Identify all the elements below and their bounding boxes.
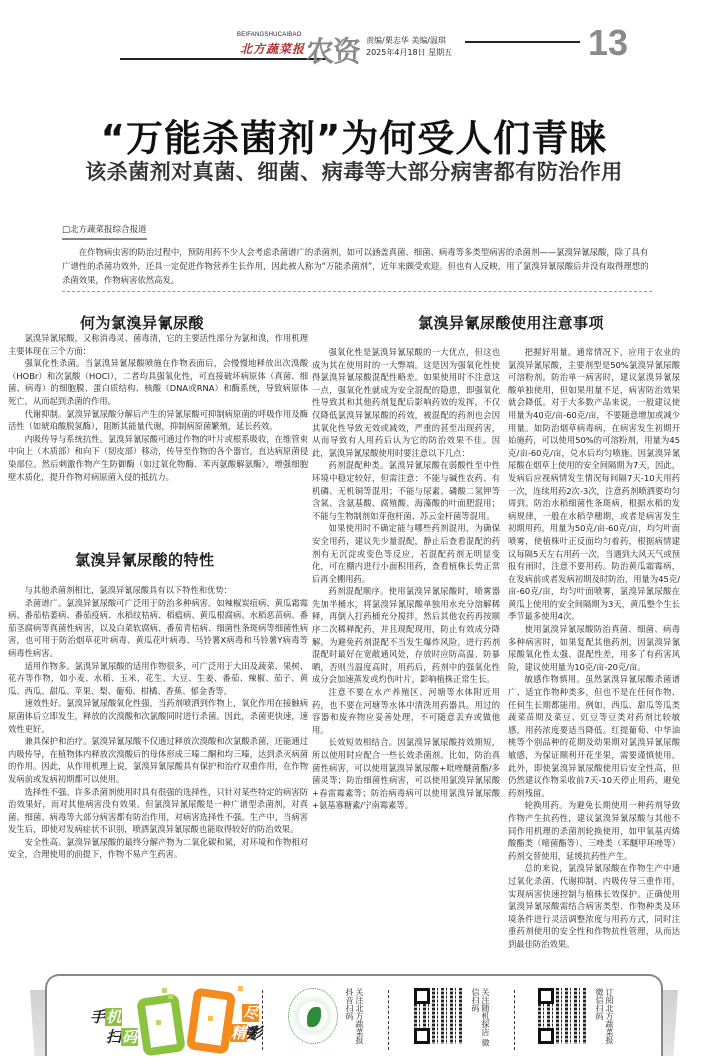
masthead: BEIFANGSHUCAIBAO 北方蔬菜报 农资 责编/栗志华 美编/温琪 2… [0, 0, 708, 70]
phone-green-icon [136, 993, 186, 1056]
section-title: 何为氯溴异氰尿酸 [80, 312, 204, 333]
issue-date: 2025年4月18日 星期五 [366, 47, 452, 58]
dashed-separator [514, 990, 515, 1050]
page-number: 13 [588, 22, 628, 64]
section-body-col2: 把握好用量。通常情况下，应用于农业的氯溴异氰尿酸，主要剂型是50%氯溴异氰尿酸可… [508, 346, 680, 951]
dashed-separator [388, 990, 389, 1050]
section-body: 与其他杀菌剂相比，氯溴异氰尿酸具有以下特性和优势： 杀菌谱广。氯溴异氰尿酸可广泛… [8, 584, 308, 861]
article-subheadline: 该杀菌剂对真菌、细菌、病毒等大部分病害都有防治作用 [0, 156, 708, 186]
section-name: 农资 [306, 30, 360, 70]
pixel-decoration [162, 988, 167, 993]
paragraph: 兼具保护和治疗。氯溴异氰尿酸不仅通过释放次溴酸和次氯酸杀菌，还能通过内吸传导，在… [8, 735, 308, 785]
mini-program-icon[interactable] [288, 988, 338, 1044]
section-title: 氯溴异氰尿酸使用注意事项 [418, 312, 604, 333]
section-title: 氯溴异氰尿酸的特性 [75, 549, 215, 570]
qr-caption: 订阅北方蔬菜报 微信扫码 [594, 988, 614, 1052]
paragraph: 内吸传导与系统抗性。氯溴异氰尿酸可通过作物的叶片或根系吸收，在维管束中向上（木质… [8, 433, 308, 483]
masthead-rule-right [465, 41, 580, 43]
section-body-col1: 强氧化性是氯溴异氰尿酸的一大优点，但这也成为其在使用时的一大弊端。这是因为强氧化… [312, 346, 500, 812]
paragraph: 速效性好。氯溴异氰尿酸氧化性强，当药剂喷洒到作物上，氧化作用在接触病原菌体后立即… [8, 697, 308, 735]
paragraph: 代谢抑制。氯溴异氰尿酸分解后产生的异氰尿酸可抑制病原菌的呼吸作用及酶活性（如琥珀… [8, 408, 308, 433]
paragraph: 适用作物多。氯溴异氰尿酸的适用作物很多，可广泛用于大田及蔬菜、果树、花卉等作物，… [8, 660, 308, 698]
paragraph: 总的来说，氯溴异氰尿酸在作物生产中通过氧化杀菌、代谢抑制、内吸传导三重作用，实现… [508, 862, 680, 950]
pixel-decoration [238, 986, 243, 991]
promo-text: 手机 [90, 1006, 122, 1027]
phone-orange-icon [186, 987, 236, 1054]
paragraph: 如果使用时不确定能与哪些药剂混用，为确保安全用药，建议先少量混配，静止后查看混配… [312, 522, 500, 585]
qr-caption: 关注北方蔬菜报 抖音扫码 [344, 988, 364, 1052]
pixel-decoration [208, 1016, 213, 1021]
paragraph: 杀菌谱广。氯溴异氰尿酸可广泛用于防治多种病害。如辣椒炭疽病、黄瓜霜霉病、番茄枯萎… [8, 597, 308, 660]
paragraph: 药剂混配顺序。使用氯溴异氰尿酸时，喷雾器先加半桶水，将氯溴异氰尿酸单独用水充分溶… [312, 585, 500, 686]
promo-text: 扫码 [106, 1026, 138, 1047]
masthead-rule-left [120, 58, 328, 60]
paragraph: 敏感作物慎用。虽然氯溴异氰尿酸杀菌谱广、适宜作物种类多，但也不是在任何作物、任何… [508, 673, 680, 799]
paragraph: 安全性高。氯溴异氰尿酸的最终分解产物为二氧化碳和氮，对环境和作物相对安全，合理使… [8, 836, 308, 861]
qr-code-icon[interactable] [538, 988, 588, 1044]
paragraph: 把握好用量。通常情况下，应用于农业的氯溴异氰尿酸，主要剂型是50%氯溴异氰尿酸可… [508, 346, 680, 623]
qr-caption: 关注随机探店 微信扫码 [470, 988, 490, 1052]
paragraph: 强氧化性是氯溴异氰尿酸的一大优点，但这也成为其在使用时的一大弊端。这是因为强氧化… [312, 346, 500, 459]
article-lead: 在作物病虫害的防治过程中，预防用药不少人会考虑杀菌谱广的杀菌剂，如可以涵盖真菌、… [62, 245, 652, 287]
footer-qr-banner: 手机 扫码 尽赏 精彩 关注北方蔬菜报 抖音扫码 关注随机探店 微信扫码 订阅北… [30, 968, 678, 1058]
banner-wing-left [30, 990, 45, 1056]
dashed-separator [262, 990, 263, 1050]
paragraph: 氯溴异氰尿酸，又称消毒灵、菌毒清，它的主要活性部分为氯和溴，作用机理主要体现在三… [8, 332, 308, 357]
paragraph: 药剂混配种类。氯溴异氰尿酸在弱酸性至中性环境中稳定较好，但需注意：不能与碱性农药… [312, 459, 500, 522]
promo-text: 精彩 [230, 1022, 262, 1043]
paragraph: 长效短效相结合。因氯溴异氰尿酸持效期短，所以使用时应配合一些长效杀菌剂。比如，防… [312, 736, 500, 812]
paragraph: 注意不要在水产养殖区、河塘等水体附近用药，也不要在河塘等水体中清洗用药器具。用过… [312, 686, 500, 736]
banner-wing-right [663, 990, 678, 1056]
pixel-decoration [156, 1020, 161, 1025]
qr-item[interactable]: 订阅北方蔬菜报 微信扫码 [538, 988, 588, 1044]
article-headline: “万能杀菌剂”为何受人们青睐 [0, 108, 708, 162]
paragraph: 选择性不强。许多杀菌剂使用时具有很强的选择性，只针对某些特定的病害防治效果好，而… [8, 786, 308, 836]
article-byline: □北方蔬菜报综合报道 [62, 223, 147, 240]
paragraph: 轮换用药。为避免长期使用一种药剂导致作物产生抗药性，建议氯溴异氰尿酸与其他不同作… [508, 799, 680, 862]
paper-logo: 北方蔬菜报 [240, 40, 305, 57]
qr-item[interactable]: 关注北方蔬菜报 抖音扫码 [288, 988, 338, 1044]
editors-credit: 责编/栗志华 美编/温琪 [366, 35, 446, 46]
section-body: 氯溴异氰尿酸，又称消毒灵、菌毒清，它的主要活性部分为氯和溴，作用机理主要体现在三… [8, 332, 308, 483]
qr-code-icon[interactable] [414, 988, 464, 1044]
pixel-decoration [168, 994, 173, 999]
qr-item[interactable]: 关注随机探店 微信扫码 [414, 988, 464, 1044]
paragraph: 使用氯溴异氰尿酸防治真菌、细菌、病毒多种病害时，如果复配其他药剂，因氯溴异氰尿酸… [508, 623, 680, 673]
lead-divider [62, 291, 652, 292]
paper-pinyin: BEIFANGSHUCAIBAO [237, 32, 302, 38]
paragraph: 强氧化性杀菌。当氯溴异氰尿酸喷施在作物表面后，会慢慢地释放出次溴酸（HOBr）和… [8, 357, 308, 407]
paragraph: 与其他杀菌剂相比，氯溴异氰尿酸具有以下特性和优势： [8, 584, 308, 597]
scan-promo: 手机 扫码 尽赏 精彩 [90, 986, 270, 1056]
